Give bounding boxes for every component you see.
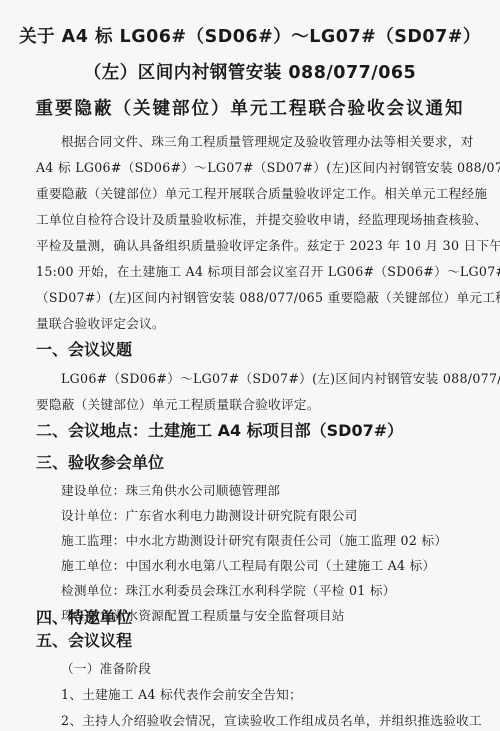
intro-line: 平检及量测，确认具备组织质量验收评定条件。兹定于 2023 年 10 月 30 … <box>36 235 468 254</box>
section-heading: 三、验收参会单位 <box>36 450 164 473</box>
section-heading: 二、会议地点：土建施工 A4 标项目部（SD07#） <box>36 418 403 441</box>
unit-line: 施工单位：中国水利水电第八工程局有限公司（土建施工 A4 标） <box>61 555 493 574</box>
intro-line: 重要隐蔽（关键部位）单元工程开展联合质量验收评定工作。相关单元工程经施 <box>36 183 468 202</box>
unit-line: 施工监理：中水北方勘测设计研究有限责任公司（施工监理 02 标） <box>61 530 493 549</box>
section-heading: 五、会议议程 <box>36 628 132 651</box>
topic-line: LG06#（SD06#）～LG07#（SD07#）(左)区间内衬钢管安装 088… <box>61 368 493 387</box>
intro-line: A4 标 LG06#（SD06#）～LG07#（SD07#）(左)区间内衬钢管安… <box>36 157 468 176</box>
title-line-3: 重要隐蔽（关键部位）单元工程联合验收会议通知 <box>0 95 500 120</box>
intro-line: 工单位自检符合设计及质量验收标准，并提交验收申请，经监理现场抽查核验、 <box>36 209 468 228</box>
section-heading: 一、会议议题 <box>36 337 132 360</box>
invited-line: 珠江三角洲水资源配置工程质量与安全监督项目站 <box>61 605 493 624</box>
agenda-item: 2、主持人介绍验收会情况，宣读验收工作组成员名单，并组织推选验收工 <box>61 710 493 729</box>
title-line-1: 关于 A4 标 LG06#（SD06#）～LG07#（SD07#） <box>0 23 500 48</box>
agenda-subheading: （一）准备阶段 <box>61 658 493 677</box>
intro-line: 根据合同文件、珠三角工程质量管理规定及验收管理办法等相关要求，对 <box>61 131 493 150</box>
topic-line: 要隐蔽（关键部位）单元工程质量联合验收评定。 <box>36 394 468 413</box>
unit-line: 建设单位：珠三角供水公司顺德管理部 <box>61 480 493 499</box>
unit-line: 检测单位：珠江水利委员会珠江水利科学院（平检 01 标） <box>61 580 493 599</box>
intro-line: （SD07#）(左)区间内衬钢管安装 088/077/065 重要隐蔽（关键部位… <box>36 287 468 306</box>
intro-line: 15:00 开始，在土建施工 A4 标项目部会议室召开 LG06#（SD06#）… <box>36 261 468 280</box>
agenda-item: 1、土建施工 A4 标代表作会前安全告知； <box>61 684 493 703</box>
intro-line: 量联合验收评定会议。 <box>36 313 468 332</box>
unit-line: 设计单位：广东省水利电力勘测设计研究院有限公司 <box>61 505 493 524</box>
title-line-2: （左）区间内衬钢管安装 088/077/065 <box>0 59 500 84</box>
